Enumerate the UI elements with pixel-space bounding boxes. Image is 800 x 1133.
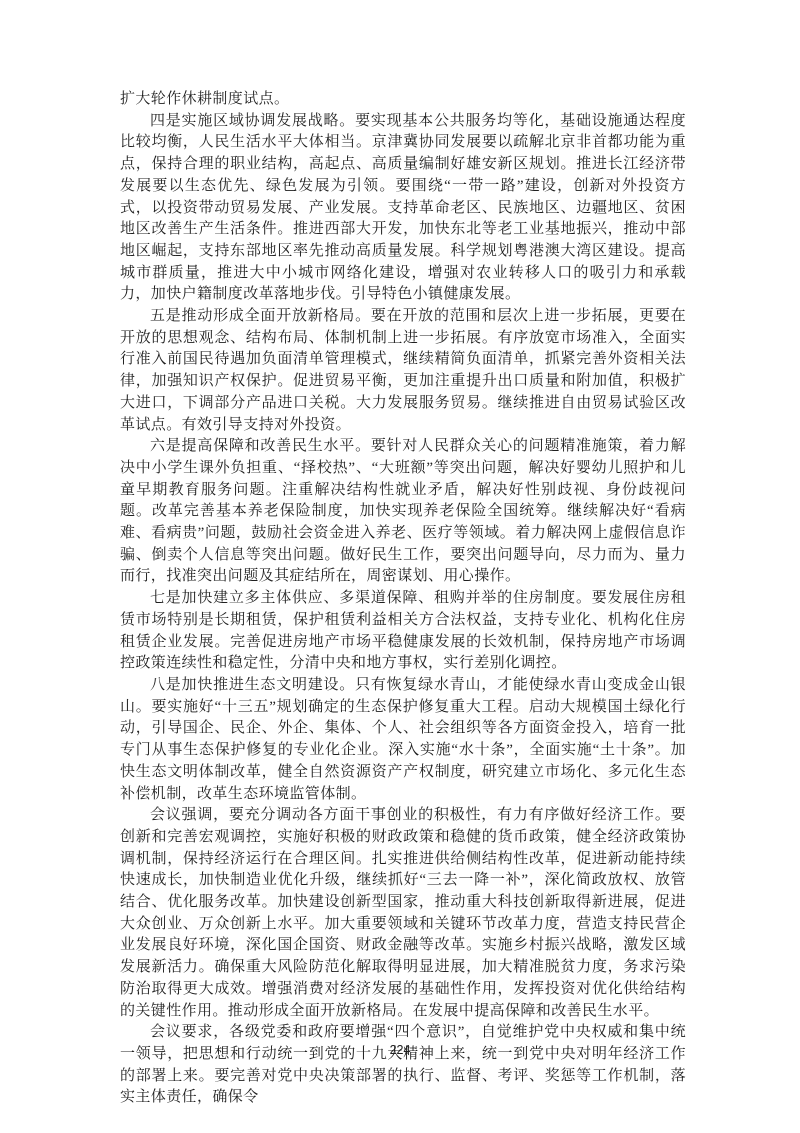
paragraph-meeting-emphasized: 会议强调，要充分调动各方面干事创业的积极性，有力有序做好经济工作。要创新和完善宏…: [120, 805, 686, 1022]
paragraph-meeting-required: 会议要求，各级党委和政府要增强“四个意识”，自觉维护党中央权威和集中统一领导，把…: [120, 1022, 686, 1109]
paragraph-point-7-housing: 七是加快建立多主体供应、多渠道保障、租购并举的住房制度。要发展住房租赁市场特别是…: [120, 588, 686, 675]
paragraph-point-4-regional-development: 四是实施区域协调发展战略。要实现基本公共服务均等化，基础设施通达程度比较均衡，人…: [120, 111, 686, 306]
paragraph-point-5-opening-up: 五是推动形成全面开放新格局。要在开放的范围和层次上进一步拓展，更要在开放的思想观…: [120, 306, 686, 436]
paragraph-point-8-ecology: 八是加快推进生态文明建设。只有恢复绿水青山，才能使绿水青山变成金山银山。要实施好…: [120, 675, 686, 805]
paragraph-continuation: 扩大轮作休耕制度试点。: [120, 89, 686, 111]
page-number: 224: [0, 1043, 800, 1057]
document-body-text: 扩大轮作休耕制度试点。 四是实施区域协调发展战略。要实现基本公共服务均等化，基础…: [120, 89, 686, 1109]
document-page: 扩大轮作休耕制度试点。 四是实施区域协调发展战略。要实现基本公共服务均等化，基础…: [0, 0, 800, 1133]
paragraph-point-6-livelihood: 六是提高保障和改善民生水平。要针对人民群众关心的问题精准施策，着力解决中小学生课…: [120, 436, 686, 588]
